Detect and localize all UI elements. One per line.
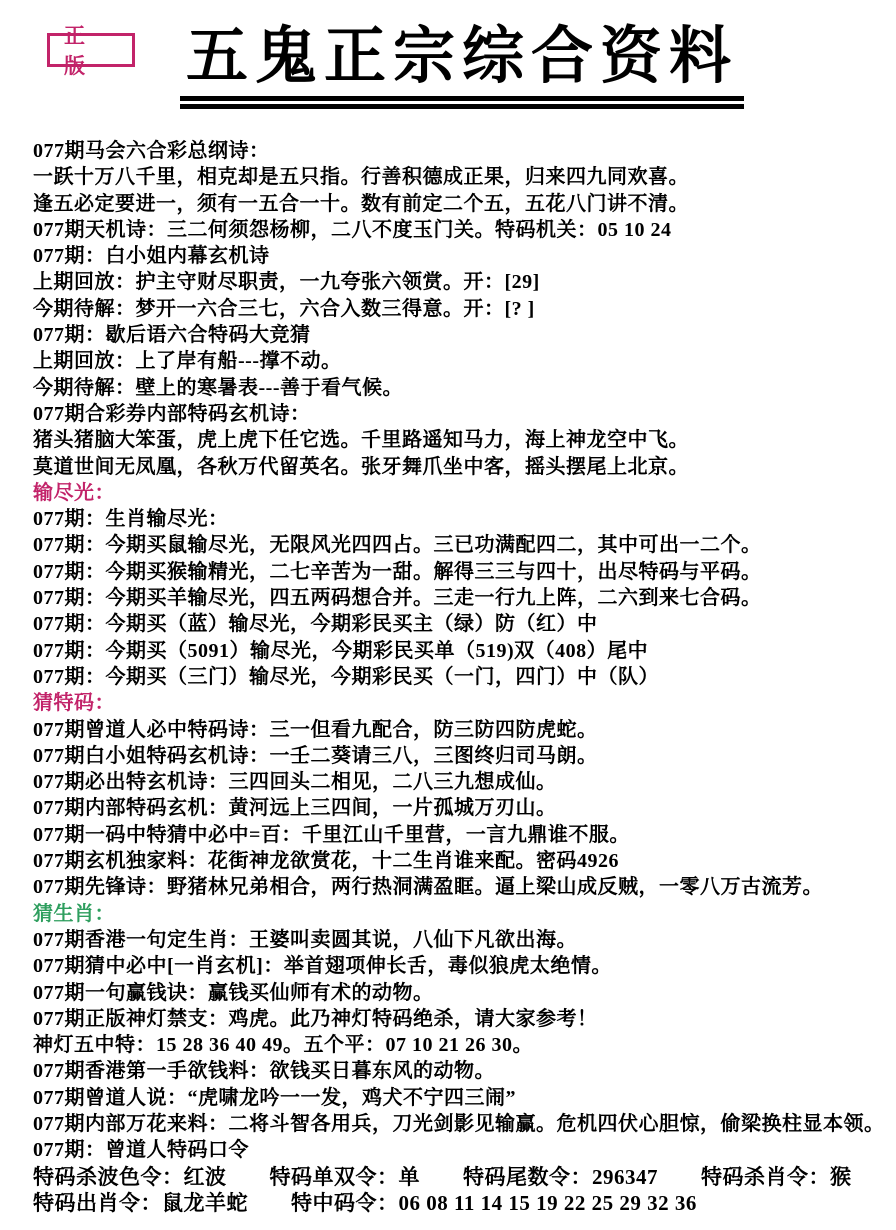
text-line: 今期待解：壁上的寒暑表---善于看气候。 <box>33 375 873 401</box>
text-line: 特码杀波色令：红波 特码单双令：单 特码尾数令：296347 特码杀肖令：猴 <box>33 1164 873 1190</box>
text-line: 077期猜中必中[一肖玄机]：举首翅项伸长舌，毒似狼虎太绝情。 <box>33 953 873 979</box>
text-line: 077期曾道人说：“虎啸龙吟一一发，鸡犬不宁四三闹” <box>33 1085 873 1111</box>
text-line: 077期必出特玄机诗：三四回头二相见，二八三九想成仙。 <box>33 769 873 795</box>
text-line: 077期：今期买猴输精光，二七辛苦为一甜。解得三三与四十，出尽特码与平码。 <box>33 559 873 585</box>
text-line: 077期一码中特猜中必中=百：千里江山千里营，一言九鼎谁不服。 <box>33 822 873 848</box>
title-underline-top <box>180 96 744 101</box>
text-line: 077期：白小姐内幕玄机诗 <box>33 243 873 269</box>
text-line: 077期内部特码玄机：黄河远上三四间，一片孤城万刃山。 <box>33 795 873 821</box>
authentic-badge: 正版 <box>47 33 135 67</box>
text-line: 猪头猪脑大笨蛋，虎上虎下任它选。千里路遥知马力，海上神龙空中飞。 <box>33 427 873 453</box>
text-line: 上期回放：上了岸有船---撑不动。 <box>33 348 873 374</box>
text-line: 077期：今期买（三门）输尽光，今期彩民买（一门，四门）中（队） <box>33 664 873 690</box>
text-line: 077期白小姐特码玄机诗：一壬二葵请三八，三图终归司马朗。 <box>33 743 873 769</box>
text-line: 神灯五中特：15 28 36 40 49。五个平：07 10 21 26 30。 <box>33 1032 873 1058</box>
authentic-badge-label: 正版 <box>64 20 132 80</box>
text-line: 077期正版神灯禁支：鸡虎。此乃神灯特码绝杀，请大家参考！ <box>33 1006 873 1032</box>
text-line: 077期玄机独家料：花街神龙欲赏花，十二生肖谁来配。密码4926 <box>33 848 873 874</box>
text-line: 一跃十万八千里，相克却是五只指。行善积德成正果，归来四九同欢喜。 <box>33 164 873 190</box>
page-title: 五鬼正宗综合资料 <box>178 0 746 92</box>
title-underline-bottom <box>180 104 744 109</box>
text-line: 077期合彩券内部特码玄机诗： <box>33 401 873 427</box>
text-line: 077期：今期买鼠输尽光，无限风光四四占。三已功满配四二，其中可出一二个。 <box>33 532 873 558</box>
text-line: 077期天机诗：三二何须怨杨柳，二八不度玉门关。特码机关：05 10 24 <box>33 217 873 243</box>
section-header: 猜生肖： <box>33 901 873 927</box>
text-line: 077期：生肖输尽光： <box>33 506 873 532</box>
text-line: 077期内部万花来料：二将斗智各用兵，刀光剑影见输赢。危机四伏心胆惊，偷梁换柱显… <box>33 1111 873 1137</box>
text-line: 077期：歇后语六合特码大竞猜 <box>33 322 873 348</box>
text-line: 077期香港一句定生肖：王婆叫卖圆其说，八仙下凡欲出海。 <box>33 927 873 953</box>
text-line: 077期先锋诗：野猪林兄弟相合，两行热洞满盈眶。逼上梁山成反贼，一零八万古流芳。 <box>33 874 873 900</box>
text-line: 077期：今期买（5091）输尽光，今期彩民买单（519)双（408）尾中 <box>33 638 873 664</box>
text-line: 上期回放：护主守财尽职责，一九夸张六领赏。开：[29] <box>33 269 873 295</box>
text-line: 077期：曾道人特码口令 <box>33 1137 873 1163</box>
text-line: 今期待解：梦开一六合三七，六合入数三得意。开：[? ] <box>33 296 873 322</box>
page: 正版 五鬼正宗综合资料 077期马会六合彩总纲诗：一跃十万八千里，相克却是五只指… <box>0 0 896 1230</box>
text-line: 莫道世间无凤凰，各秋万代留英名。张牙舞爪坐中客，摇头摆尾上北京。 <box>33 454 873 480</box>
section-header: 输尽光： <box>33 480 873 506</box>
text-line: 逢五必定要进一，须有一五合一十。数有前定二个五，五花八门讲不清。 <box>33 191 873 217</box>
text-line: 077期一句赢钱诀：赢钱买仙师有术的动物。 <box>33 980 873 1006</box>
text-line: 077期：今期买（蓝）输尽光，今期彩民买主（绿）防（红）中 <box>33 611 873 637</box>
text-line: 077期：今期买羊输尽光，四五两码想合并。三走一行九上阵，二六到来七合码。 <box>33 585 873 611</box>
text-line: 077期香港第一手欲钱料：欲钱买日暮东风的动物。 <box>33 1058 873 1084</box>
text-line: 077期马会六合彩总纲诗： <box>33 138 873 164</box>
text-line: 077期曾道人必中特码诗：三一但看九配合，防三防四防虎蛇。 <box>33 717 873 743</box>
content-lines: 077期马会六合彩总纲诗：一跃十万八千里，相克却是五只指。行善积德成正果，归来四… <box>33 138 873 1216</box>
section-header: 猜特码： <box>33 690 873 716</box>
title-block: 五鬼正宗综合资料 <box>178 0 746 92</box>
text-line: 特码出肖令：鼠龙羊蛇 特中码令：06 08 11 14 15 19 22 25 … <box>33 1190 873 1216</box>
